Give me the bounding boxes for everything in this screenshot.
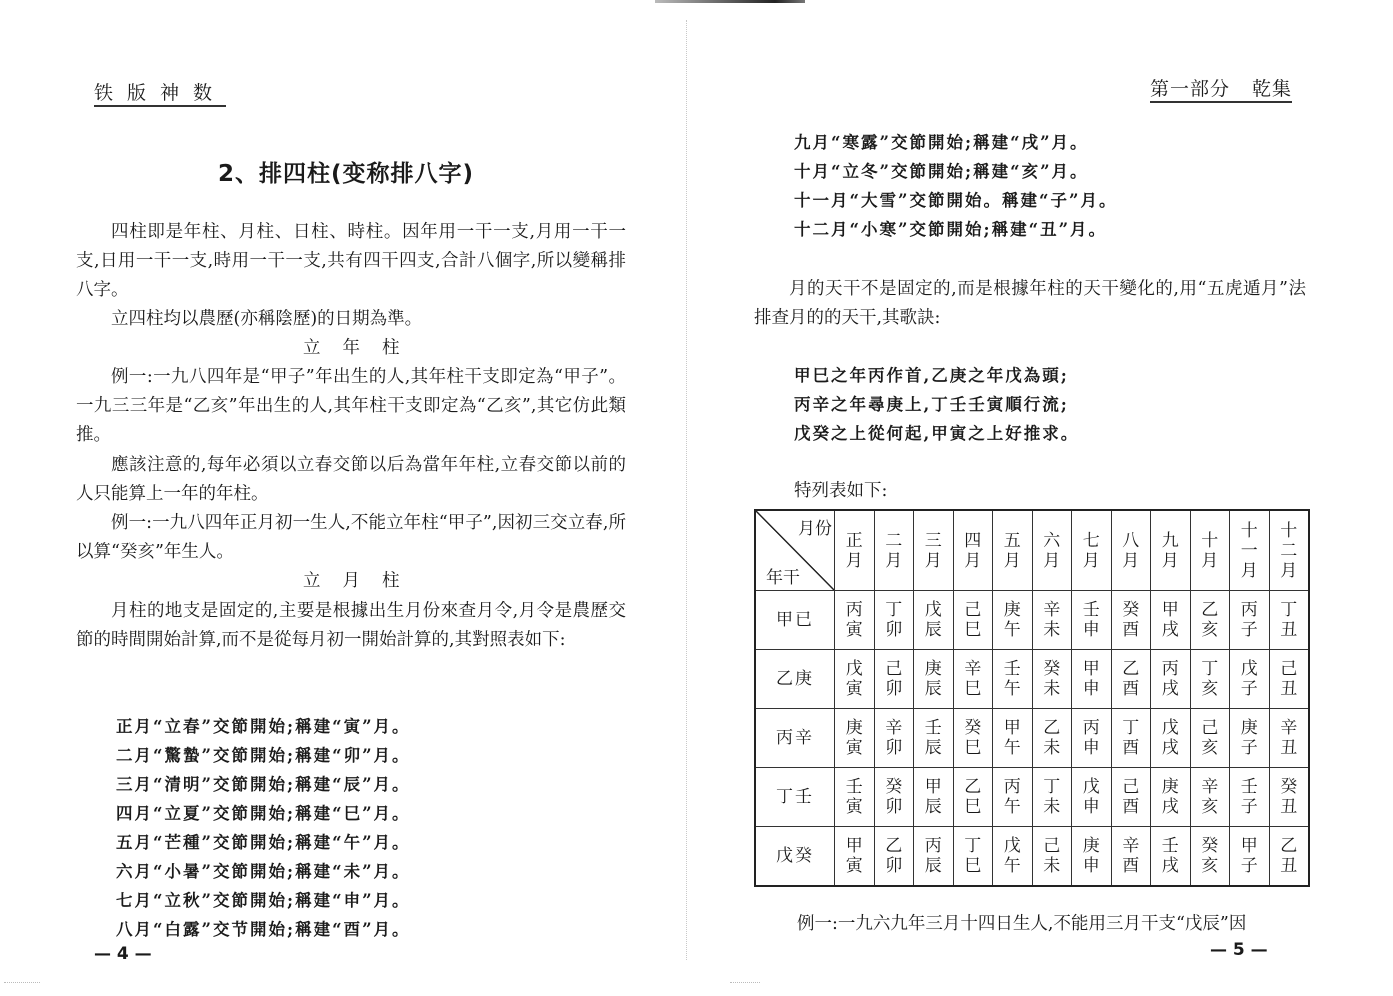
- table-cell: 庚寅: [835, 709, 875, 768]
- table-header-row: 月份 年干 正月 二月 三月 四月 五月 六月 七月 八月 九月 十月 十一月 …: [755, 510, 1309, 591]
- month-header: 正月: [835, 510, 875, 591]
- paragraph-lichun-example: 例一:一九八四年正月初一生人,不能立年柱“甲子”,因初三交立春,所以算“癸亥”年…: [76, 509, 626, 567]
- paragraph-month-branch: 月柱的地支是固定的,主要是根據出生月份來查月令,月令是農歷交節的時間開始計算,而…: [76, 597, 626, 655]
- table-cell: 辛亥: [1190, 768, 1230, 827]
- year-stem-label: 乙庚: [755, 650, 835, 709]
- table-cell: 丙申: [1072, 709, 1112, 768]
- running-head-part: 第一部分乾集: [1150, 78, 1292, 103]
- table-cell: 戊申: [1072, 768, 1112, 827]
- table-cell: 乙巳: [953, 768, 993, 827]
- table-cell: 己亥: [1190, 709, 1230, 768]
- table-cell: 癸巳: [953, 709, 993, 768]
- table-intro: 特列表如下:: [794, 477, 887, 506]
- paragraph-four-pillars: 四柱即是年柱、月柱、日柱、時柱。因年用一干一支,月用一干一支,日用一干一支,時用…: [76, 218, 626, 305]
- table-cell: 丁未: [1032, 768, 1072, 827]
- month-list-item: 五月“芒種”交節開始;稱建“午”月。: [116, 828, 411, 857]
- month-header: 十月: [1190, 510, 1230, 591]
- verse-line: 丙辛之年尋庚上,丁壬壬寅順行流;: [794, 390, 1079, 419]
- table-cell: 己丑: [1269, 650, 1309, 709]
- table-cell: 庚辰: [914, 650, 954, 709]
- corner-label-year-stem: 年干: [766, 568, 800, 588]
- year-stem-label: 戊癸: [755, 827, 835, 887]
- table-cell: 甲寅: [835, 827, 875, 887]
- table-cell: 戊子: [1230, 650, 1270, 709]
- table-cell: 丁亥: [1190, 650, 1230, 709]
- month-header: 四月: [953, 510, 993, 591]
- table-cell: 癸酉: [1111, 591, 1151, 650]
- left-page: 铁版神数 2、排四柱(变称排八字) 四柱即是年柱、月柱、日柱、時柱。因年用一干一…: [0, 0, 690, 996]
- table-cell: 辛巳: [953, 650, 993, 709]
- subhead-year-pillar: 立年柱: [303, 334, 422, 359]
- running-head-part-label: 第一部分: [1150, 78, 1230, 100]
- month-list-item: 九月“寒露”交節開始;稱建“戌”月。: [794, 128, 1117, 157]
- month-header: 十一月: [1230, 510, 1270, 591]
- month-list-item: 二月“驚蟄”交節開始;稱建“卯”月。: [116, 741, 411, 770]
- verse-line: 甲巳之年丙作首,乙庚之年戊為頭;: [794, 361, 1079, 390]
- month-header: 三月: [914, 510, 954, 591]
- table-cell: 戊寅: [835, 650, 875, 709]
- month-list-right: 九月“寒露”交節開始;稱建“戌”月。 十月“立冬”交節開始;稱建“亥”月。 十一…: [794, 128, 1117, 244]
- table-cell: 甲辰: [914, 768, 954, 827]
- paragraph-month-example: 例一:一九六九年三月十四日生人,不能用三月干支“戊辰”因: [762, 910, 1314, 939]
- table-cell: 甲午: [993, 709, 1033, 768]
- table-cell: 癸卯: [874, 768, 914, 827]
- running-head-collection: 乾集: [1252, 78, 1292, 100]
- month-header: 六月: [1032, 510, 1072, 591]
- table-row: 乙庚 戊寅 己卯 庚辰 辛巳 壬午 癸未 甲申 乙酉 丙戌 丁亥 戊子 己丑: [755, 650, 1309, 709]
- month-list-item: 正月“立春”交節開始;稱建“寅”月。: [116, 712, 411, 741]
- running-head-book-title: 铁版神数: [94, 82, 226, 107]
- year-stem-label: 丁壬: [755, 768, 835, 827]
- table-cell: 乙未: [1032, 709, 1072, 768]
- page-number-left: — 4 —: [94, 944, 152, 964]
- paragraph-lunar-calendar: 立四柱均以農歷(亦稱陰歷)的日期為準。: [76, 305, 626, 334]
- table-cell: 乙丑: [1269, 827, 1309, 887]
- paragraph-year-example: 例一:一九八四年是“甲子”年出生的人,其年柱干支即定為“甲子”。一九三三年是“乙…: [76, 363, 626, 450]
- month-stem-branch-table: 月份 年干 正月 二月 三月 四月 五月 六月 七月 八月 九月 十月 十一月 …: [754, 509, 1310, 887]
- month-header: 二月: [874, 510, 914, 591]
- table-cell: 丁巳: [953, 827, 993, 887]
- section-title: 2、排四柱(变称排八字): [218, 155, 474, 188]
- table-cell: 己卯: [874, 650, 914, 709]
- month-list-item: 十一月“大雪”交節開始。稱建“子”月。: [794, 186, 1117, 215]
- year-stem-label: 甲已: [755, 591, 835, 650]
- table-cell: 癸未: [1032, 650, 1072, 709]
- table-corner-cell: 月份 年干: [755, 510, 835, 591]
- month-list-item: 七月“立秋”交節開始;稱建“申”月。: [116, 886, 411, 915]
- table-cell: 壬寅: [835, 768, 875, 827]
- year-stem-label: 丙辛: [755, 709, 835, 768]
- corner-label-month: 月份: [798, 519, 832, 539]
- table-cell: 壬申: [1072, 591, 1112, 650]
- table-cell: 甲申: [1072, 650, 1112, 709]
- table-cell: 戊辰: [914, 591, 954, 650]
- scan-mark: [4, 982, 40, 985]
- five-tigers-verse: 甲巳之年丙作首,乙庚之年戊為頭; 丙辛之年尋庚上,丁壬壬寅順行流; 戊癸之上從何…: [794, 361, 1079, 448]
- table-cell: 丙午: [993, 768, 1033, 827]
- table-cell: 己酉: [1111, 768, 1151, 827]
- month-header: 九月: [1151, 510, 1191, 591]
- paragraph-lichun-note: 應該注意的,每年必須以立春交節以后為當年年柱,立春交節以前的人只能算上一年的年柱…: [76, 451, 626, 509]
- scan-mark: [730, 982, 760, 985]
- table-cell: 甲戌: [1151, 591, 1191, 650]
- table-row: 戊癸 甲寅 乙卯 丙辰 丁巳 戊午 己未 庚申 辛酉 壬戌 癸亥 甲子 乙丑: [755, 827, 1309, 887]
- month-list-item: 十二月“小寒”交節開始;稱建“丑”月。: [794, 215, 1117, 244]
- table-cell: 庚子: [1230, 709, 1270, 768]
- month-list-item: 十月“立冬”交節開始;稱建“亥”月。: [794, 157, 1117, 186]
- table-cell: 辛卯: [874, 709, 914, 768]
- table-row: 丙辛 庚寅 辛卯 壬辰 癸巳 甲午 乙未 丙申 丁酉 戊戌 己亥 庚子 辛丑: [755, 709, 1309, 768]
- table-cell: 辛未: [1032, 591, 1072, 650]
- table-cell: 戊戌: [1151, 709, 1191, 768]
- table-cell: 丙子: [1230, 591, 1270, 650]
- table-cell: 甲子: [1230, 827, 1270, 887]
- month-header: 五月: [993, 510, 1033, 591]
- table-cell: 己巳: [953, 591, 993, 650]
- month-list-item: 三月“清明”交節開始;稱建“辰”月。: [116, 770, 411, 799]
- month-list-item: 八月“白露”交节開始;稱建“酉”月。: [116, 915, 411, 944]
- month-list-item: 六月“小暑”交節開始;稱建“未”月。: [116, 857, 411, 886]
- month-list-item: 四月“立夏”交節開始;稱建“巳”月。: [116, 799, 411, 828]
- subhead-month-pillar: 立月柱: [303, 567, 422, 592]
- month-header: 七月: [1072, 510, 1112, 591]
- paragraph-month-stem: 月的天干不是固定的,而是根據年柱的天干變化的,用“五虎遁月”法排查月的的天干,其…: [754, 275, 1306, 333]
- month-header: 十二月: [1269, 510, 1309, 591]
- table-cell: 庚申: [1072, 827, 1112, 887]
- table-row: 丁壬 壬寅 癸卯 甲辰 乙巳 丙午 丁未 戊申 己酉 庚戌 辛亥 壬子 癸丑: [755, 768, 1309, 827]
- table-cell: 乙卯: [874, 827, 914, 887]
- table-row: 甲已 丙寅 丁卯 戊辰 己巳 庚午 辛未 壬申 癸酉 甲戌 乙亥 丙子 丁丑: [755, 591, 1309, 650]
- table-cell: 丙寅: [835, 591, 875, 650]
- page-number-right: — 5 —: [1210, 940, 1268, 960]
- month-header: 八月: [1111, 510, 1151, 591]
- table-cell: 辛酉: [1111, 827, 1151, 887]
- table-cell: 癸亥: [1190, 827, 1230, 887]
- month-list-left: 正月“立春”交節開始;稱建“寅”月。 二月“驚蟄”交節開始;稱建“卯”月。 三月…: [116, 712, 411, 944]
- table-cell: 庚午: [993, 591, 1033, 650]
- table-cell: 丁酉: [1111, 709, 1151, 768]
- table-cell: 丁丑: [1269, 591, 1309, 650]
- table-cell: 丙戌: [1151, 650, 1191, 709]
- table-cell: 丙辰: [914, 827, 954, 887]
- table-cell: 癸丑: [1269, 768, 1309, 827]
- table-cell: 辛丑: [1269, 709, 1309, 768]
- table-cell: 乙亥: [1190, 591, 1230, 650]
- verse-line: 戊癸之上從何起,甲寅之上好推求。: [794, 419, 1079, 448]
- table-cell: 壬戌: [1151, 827, 1191, 887]
- table-cell: 丁卯: [874, 591, 914, 650]
- table-cell: 戊午: [993, 827, 1033, 887]
- table-cell: 己未: [1032, 827, 1072, 887]
- table-cell: 庚戌: [1151, 768, 1191, 827]
- table-cell: 壬辰: [914, 709, 954, 768]
- table-cell: 乙酉: [1111, 650, 1151, 709]
- table-cell: 壬午: [993, 650, 1033, 709]
- table-cell: 壬子: [1230, 768, 1270, 827]
